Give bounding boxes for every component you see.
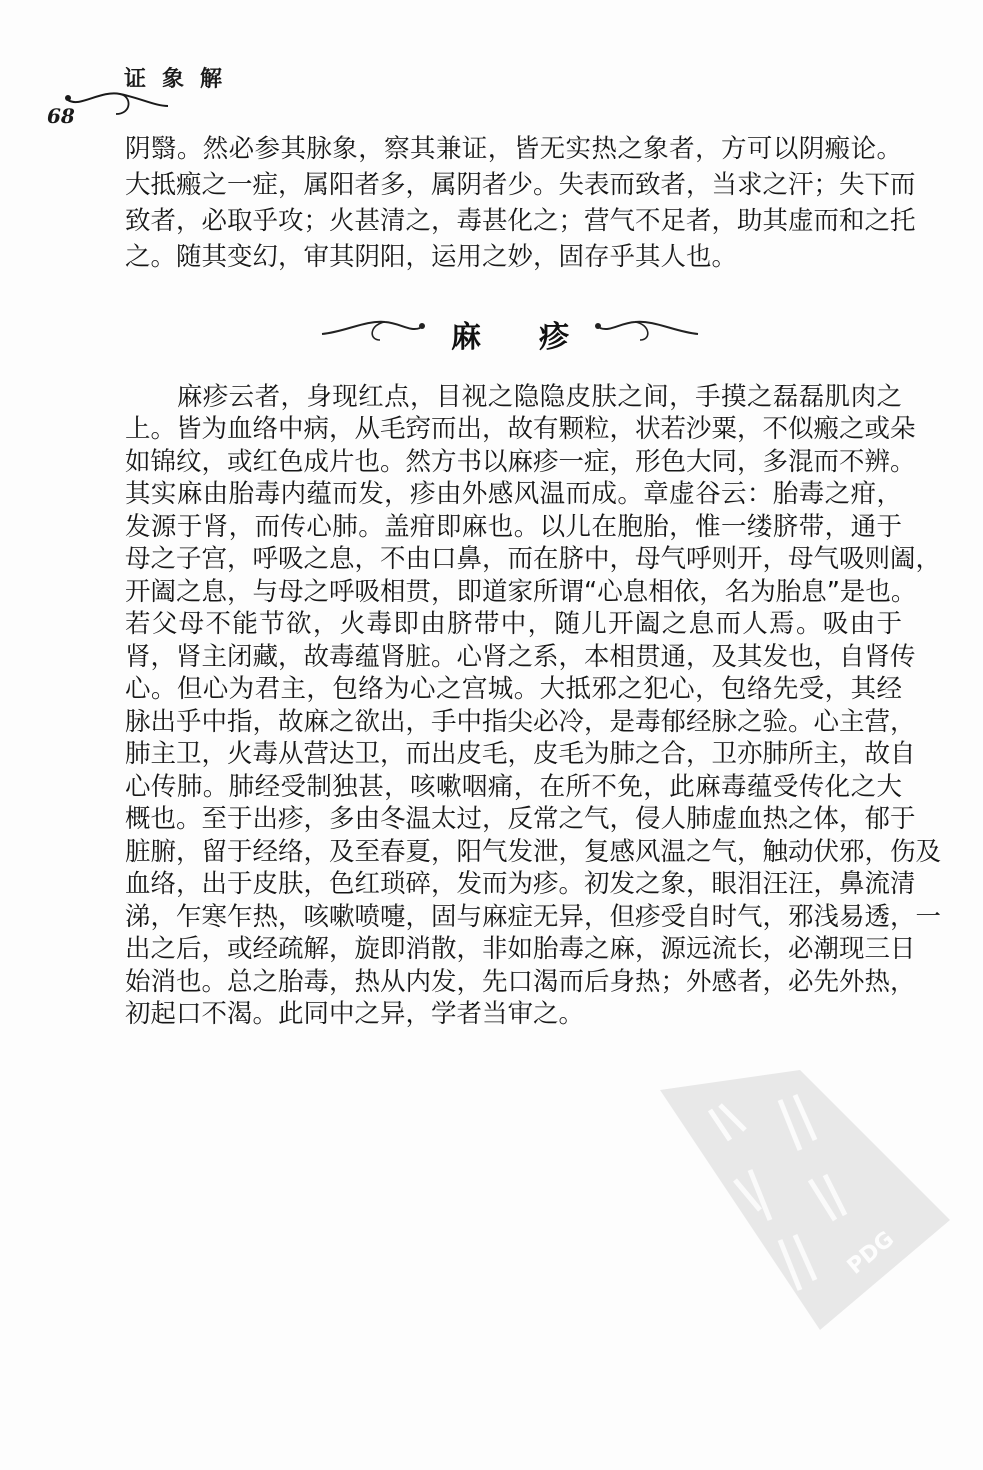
- text-line: 始消也。总之胎毒，热从内发，先口渴而后身热；外感者，必先外热，: [125, 967, 902, 997]
- text-line: 肺主卫，火毒从营达卫，而出皮毛，皮毛为肺之合，卫亦肺所主，故自: [125, 739, 902, 769]
- text-line: 开阖之息，与母之呼吸相贯，即道家所谓“心息相依，名为胎息”是也。: [125, 577, 902, 607]
- text-line: 麻疹云者，身现红点，目视之隐隐皮肤之间，手摸之磊磊肌肉之: [125, 382, 902, 412]
- text-line: 脏腑，留于经络，及至春夏，阳气发泄，复感风温之气，触动伏邪，伤及: [125, 837, 902, 867]
- text-line: 母之子宫，呼吸之息，不由口鼻，而在脐中，母气呼则开，母气吸则阖，: [125, 544, 902, 574]
- text-line: 如锦纹，或红色成片也。然方书以麻疹一症，形色大同，多混而不辨。: [125, 447, 902, 477]
- text-line: 阴翳。然必参其脉象，察其兼证，皆无实热之象者，方可以阴瘢论。: [125, 134, 902, 164]
- text-line: 发源于肾，而传心肺。盖疳即麻也。以儿在胞胎，惟一缕脐带，通于: [125, 512, 902, 542]
- section-heading: 麻疹: [320, 306, 700, 354]
- right-flourish-icon: [590, 314, 700, 344]
- text-line: 初起口不渴。此同中之异，学者当审之。: [125, 999, 902, 1029]
- book-page: 证象解 68 阴翳。然必参其脉象，察其兼证，皆无实热之象者，方可以阴瘢论。 大抵…: [0, 0, 983, 1470]
- text-line: 致者，必取乎攻；火甚清之，毒甚化之；营气不足者，助其虚而和之托: [125, 206, 902, 236]
- text-line: 涕，乍寒乍热，咳嗽喷嚏，固与麻症无异，但疹受自时气，邪浅易透，一: [125, 902, 902, 932]
- page-number: 68: [47, 104, 75, 128]
- library-stamp-watermark-icon: PDG: [650, 1070, 950, 1330]
- text-line: 大抵瘢之一症，属阳者多，属阴者少。失表而致者，当求之汗；失下而: [125, 170, 902, 200]
- running-header-title: 证象解: [124, 62, 238, 93]
- text-line: 若父母不能节欲，火毒即由脐带中，随儿开阖之息而人焉。吸由于: [125, 609, 902, 639]
- text-line: 血络，出于皮肤，色红琐碎，发而为疹。初发之象，眼泪汪汪，鼻流清: [125, 869, 902, 899]
- text-line: 脉出乎中指，故麻之欲出，手中指尖必冷，是毒郁经脉之验。心主营，: [125, 707, 902, 737]
- text-line: 出之后，或经疏解，旋即消散，非如胎毒之麻，源远流长，必潮现三日: [125, 934, 902, 964]
- text-line: 肾，肾主闭藏，故毒蕴肾脏。心肾之系，本相贯通，及其发也，自肾传: [125, 642, 902, 672]
- text-line: 上。皆为血络中病，从毛窍而出，故有颗粒，状若沙粟，不似瘢之或朵: [125, 414, 902, 444]
- text-line: 其实麻由胎毒内蕴而发，疹由外感风温而成。章虚谷云：胎毒之疳，: [125, 479, 902, 509]
- text-line: 心传肺。肺经受制独甚，咳嗽咽痛，在所不免，此麻毒蕴受传化之大: [125, 772, 902, 802]
- text-line: 心。但心为君主，包络为心之宫城。大抵邪之犯心，包络先受，其经: [125, 674, 902, 704]
- text-line: 之。随其变幻，审其阴阳，运用之妙，固存乎其人也。: [125, 242, 902, 272]
- text-line: 概也。至于出疹，多由冬温太过，反常之气，侵人肺虚血热之体，郁于: [125, 804, 902, 834]
